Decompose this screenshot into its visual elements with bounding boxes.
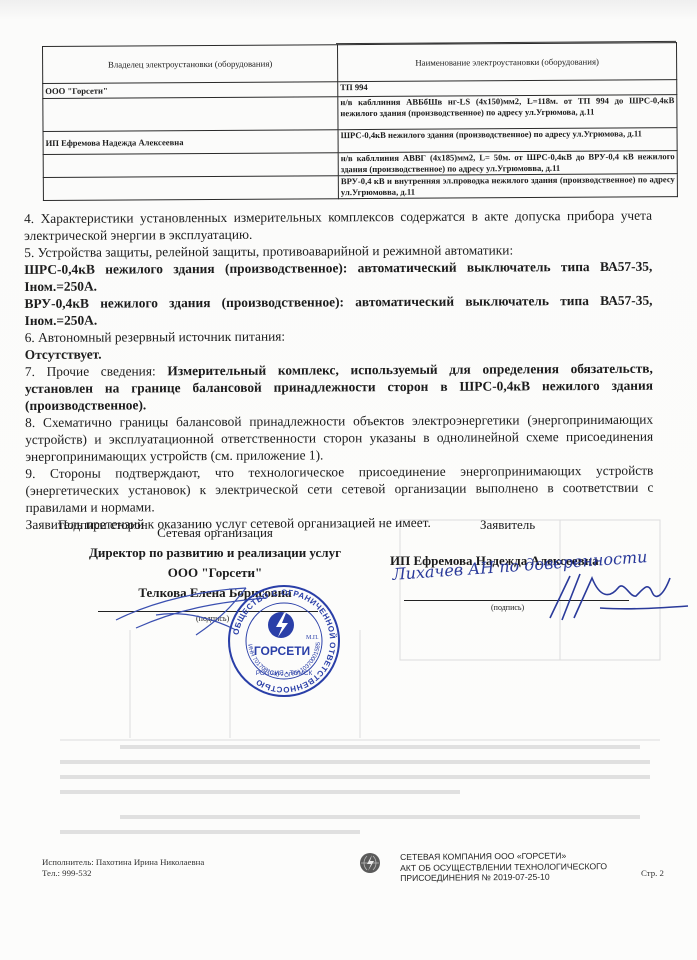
owner-cell: ИП Ефремова Надежда Алексеевна [43,130,338,155]
signer-position: Директор по развитию и реализации услуг [70,543,360,563]
equipment-cell: ВРУ-0,4 кВ и внутренняя эл.проводка нежи… [338,174,677,199]
network-org-label: Сетевая организация [70,523,360,543]
section-9: 9. Стороны подтверждают, что технологиче… [25,462,653,516]
equipment-table: Владелец электроустановки (оборудования)… [42,42,678,201]
footer-executor: Исполнитель: Пахотина Ирина Николаевна Т… [42,857,204,879]
section-8: 8. Схематично границы балансовой принадл… [25,411,653,465]
section-5-item-2: ВРУ-0,4кВ нежилого здания (производствен… [24,292,652,329]
act-body: 4. Характеристики установленных измерите… [24,207,654,533]
equipment-cell: н/в кабллиния АВБбШв нг-LS (4х150)мм2, L… [338,95,677,130]
company-stamp: ОБЩЕСТВО С ОГРАНИЧЕННОЙ ОТВЕТСТВЕННОСТЬЮ… [226,583,342,699]
section-7-label: 7. Прочие сведения: [25,363,168,379]
svg-text:РОССИЯ • ТОМСК: РОССИЯ • ТОМСК [256,670,313,677]
svg-text:ГОРСЕТИ: ГОРСЕТИ [254,644,310,658]
executor-name: Исполнитель: Пахотина Ирина Николаевна [42,857,204,868]
owner-cell [43,176,338,201]
signature-caption-right: (подпись) [491,603,524,612]
gorseti-logo-icon [359,852,381,874]
header-name: Наименование электроустановки (оборудова… [337,43,676,82]
equipment-cell: ШРС-0,4кВ нежилого здания (производствен… [338,128,677,153]
document-page: Владелец электроустановки (оборудования)… [0,0,697,960]
executor-phone: Тел.: 999-532 [42,868,204,879]
applicant-label: Заявитель [480,515,535,535]
footer-document-title: СЕТЕВАЯ КОМПАНИЯ ООО «ГОРСЕТИ» АКТ ОБ ОС… [400,850,607,883]
table-header-row: Владелец электроустановки (оборудования)… [43,43,677,84]
section-7: 7. Прочие сведения: Измерительный компле… [25,360,653,414]
section-5-item-1: ШРС-0,4кВ нежилого здания (производствен… [24,258,652,295]
owner-cell [43,153,338,178]
equipment-cell: н/в кабллиния АВВГ (4х185)мм2, L= 50м. о… [338,151,677,176]
table-row: ВРУ-0,4 кВ и внутренняя эл.проводка нежи… [43,174,677,201]
table-row: н/в кабллиния АВБбШв нг-LS (4х150)мм2, L… [43,95,677,132]
owner-cell [43,97,338,132]
page-number: Стр. 2 [641,868,664,878]
header-owner: Владелец электроустановки (оборудования) [43,45,338,84]
section-4: 4. Характеристики установленных измерите… [24,207,652,244]
footer-act-number: ПРИСОЕДИНЕНИЯ № 2019-07-25-10 [400,871,607,883]
signature-scribble-right [540,568,690,628]
svg-text:М.П.: М.П. [306,635,319,641]
